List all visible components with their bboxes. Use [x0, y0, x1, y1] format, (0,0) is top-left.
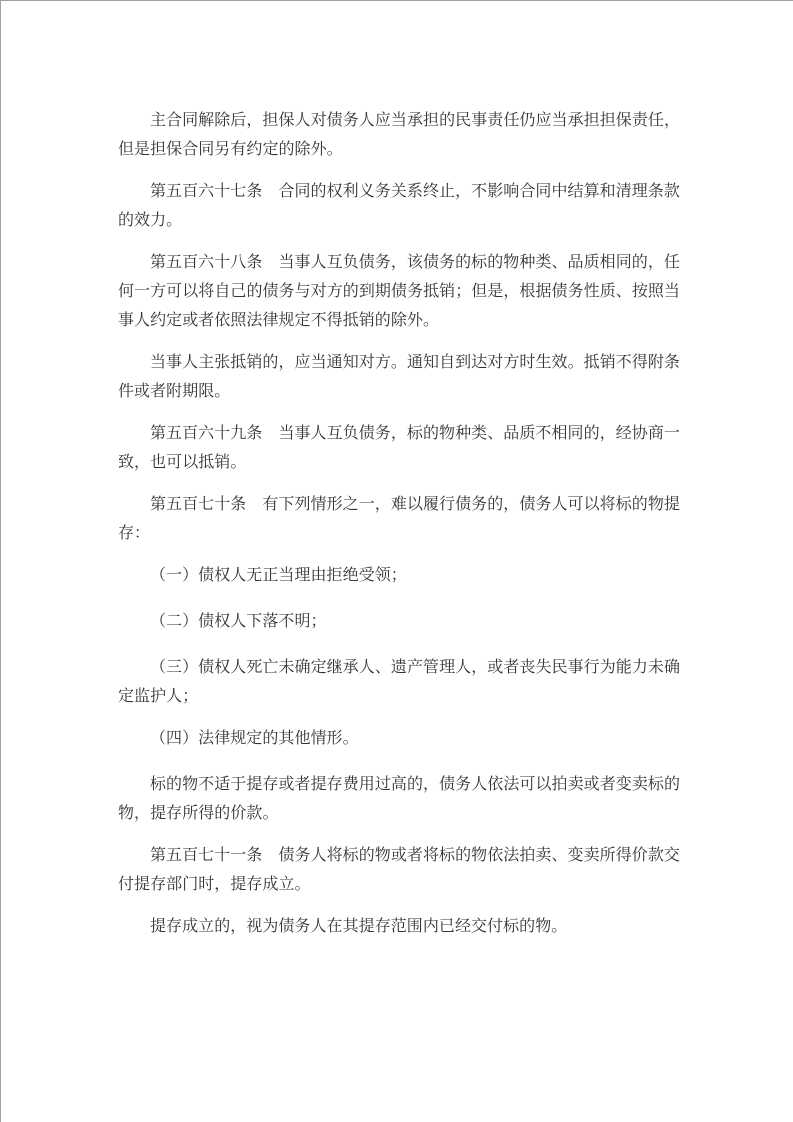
list-item-text: （二）债权人下落不明； [150, 611, 327, 630]
list-item-text: （三）债权人死亡未确定继承人、遗产管理人，或者丧失民事行为能力未确定监护人； [118, 657, 680, 705]
list-item-text: （一）债权人无正当理由拒绝受领； [150, 565, 407, 584]
list-item-2: （二）债权人下落不明； [118, 606, 680, 635]
paragraph-deposit-effect: 提存成立的，视为债务人在其提存范围内已经交付标的物。 [118, 911, 680, 940]
document-body: 主合同解除后，担保人对债务人应当承担的民事责任仍应当承担担保责任，但是担保合同另… [118, 105, 680, 953]
article-number: 第五百六十九条 [150, 423, 262, 442]
list-item-3: （三）债权人死亡未确定继承人、遗产管理人，或者丧失民事行为能力未确定监护人； [118, 652, 680, 710]
list-item-4: （四）法律规定的其他情形。 [118, 723, 680, 752]
article-567: 第五百六十七条合同的权利义务关系终止，不影响合同中结算和清理条款的效力。 [118, 176, 680, 234]
article-568: 第五百六十八条当事人互负债务，该债务的标的物种类、品质相同的，任何一方可以将自己… [118, 247, 680, 334]
article-number: 第五百六十八条 [150, 252, 262, 271]
paragraph-text: 提存成立的，视为债务人在其提存范围内已经交付标的物。 [150, 916, 567, 935]
document-page: 主合同解除后，担保人对债务人应当承担的民事责任仍应当承担担保责任，但是担保合同另… [0, 0, 793, 1122]
list-item-text: （四）法律规定的其他情形。 [150, 728, 359, 747]
article-569: 第五百六十九条当事人互负债务，标的物种类、品质不相同的，经协商一致，也可以抵销。 [118, 418, 680, 476]
paragraph-text: 当事人主张抵销的，应当通知对方。通知自到达对方时生效。抵销不得附条件或者附期限。 [118, 352, 680, 400]
list-item-1: （一）债权人无正当理由拒绝受领； [118, 560, 680, 589]
article-number: 第五百六十七条 [150, 181, 262, 200]
article-571: 第五百七十一条债务人将标的物或者将标的物依法拍卖、变卖所得价款交付提存部门时，提… [118, 840, 680, 898]
paragraph-set-off-notice: 当事人主张抵销的，应当通知对方。通知自到达对方时生效。抵销不得附条件或者附期限。 [118, 347, 680, 405]
article-570: 第五百七十条有下列情形之一，难以履行债务的，债务人可以将标的物提存： [118, 489, 680, 547]
article-number: 第五百七十条 [150, 494, 246, 513]
paragraph-text: 标的物不适于提存或者提存费用过高的，债务人依法可以拍卖或者变卖标的物，提存所得的… [118, 774, 680, 822]
paragraph-text: 主合同解除后，担保人对债务人应当承担的民事责任仍应当承担担保责任，但是担保合同另… [118, 110, 680, 158]
paragraph-auction-proceeds: 标的物不适于提存或者提存费用过高的，债务人依法可以拍卖或者变卖标的物，提存所得的… [118, 769, 680, 827]
paragraph-contract-termination-guarantee: 主合同解除后，担保人对债务人应当承担的民事责任仍应当承担担保责任，但是担保合同另… [118, 105, 680, 163]
article-number: 第五百七十一条 [150, 845, 262, 864]
